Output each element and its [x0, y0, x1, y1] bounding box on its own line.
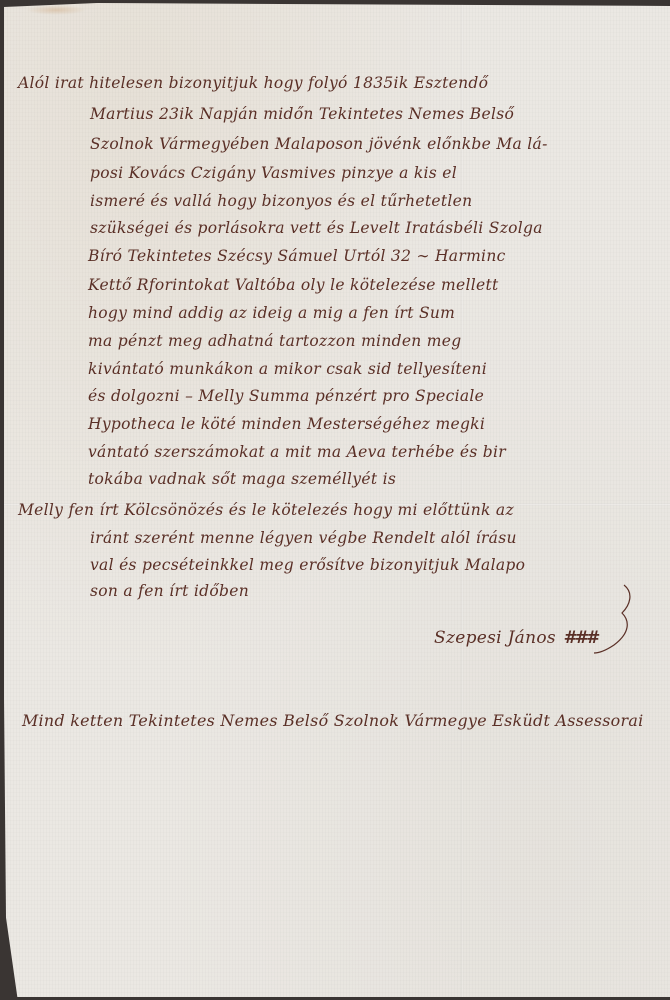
manuscript-line: szükségei és porlásokra vett és Levelt I…: [90, 218, 543, 238]
manuscript-line: posi Kovács Czigány Vasmives pinzye a ki…: [90, 163, 457, 183]
signature-name: Szepesi János: [434, 628, 556, 648]
paper-sheet: Alól irat hitelesen bizonyitjuk hogy fol…: [4, 3, 670, 997]
manuscript-line: Hypotheca le köté minden Mesterségéhez m…: [88, 414, 485, 434]
paper-stain: [26, 5, 86, 15]
manuscript-line: Kettő Rforintokat Valtóba oly le kötelez…: [88, 275, 499, 295]
scanned-page: Alól irat hitelesen bizonyitjuk hogy fol…: [0, 0, 670, 1000]
manuscript-footer-line: Mind ketten Tekintetes Nemes Belső Szoln…: [22, 711, 644, 731]
manuscript-line: Melly fen írt Kölcsönözés és le kötelezé…: [18, 500, 514, 520]
manuscript-line: ismeré és vallá hogy bizonyos és el tűrh…: [90, 191, 472, 211]
manuscript-line: hogy mind addig az ideig a mig a fen írt…: [88, 303, 455, 323]
manuscript-line: Martius 23ik Napján midőn Tekintetes Nem…: [90, 104, 514, 124]
manuscript-line: Alól irat hitelesen bizonyitjuk hogy fol…: [18, 73, 488, 93]
manuscript-line: ma pénzt meg adhatná tartozzon minden me…: [88, 331, 462, 351]
manuscript-line: kivántató munkákon a mikor csak sid tell…: [88, 359, 487, 379]
manuscript-line: val és pecséteinkkel meg erősítve bizony…: [90, 555, 525, 575]
signature-flourish-icon: [564, 583, 644, 663]
manuscript-line: iránt szerént menne légyen végbe Rendelt…: [90, 528, 517, 548]
manuscript-line: vántató szerszámokat a mit ma Aeva terhé…: [88, 442, 506, 462]
manuscript-line: son a fen írt időben: [90, 581, 249, 601]
manuscript-line: tokába vadnak sőt maga személlyét is: [88, 469, 396, 489]
manuscript-line: és dolgozni – Melly Summa pénzért pro Sp…: [88, 386, 484, 406]
manuscript-line: Szolnok Vármegyében Malaposon jövénk elő…: [90, 134, 548, 154]
manuscript-line: Bíró Tekintetes Szécsy Sámuel Urtól 32 ∼…: [88, 246, 506, 266]
